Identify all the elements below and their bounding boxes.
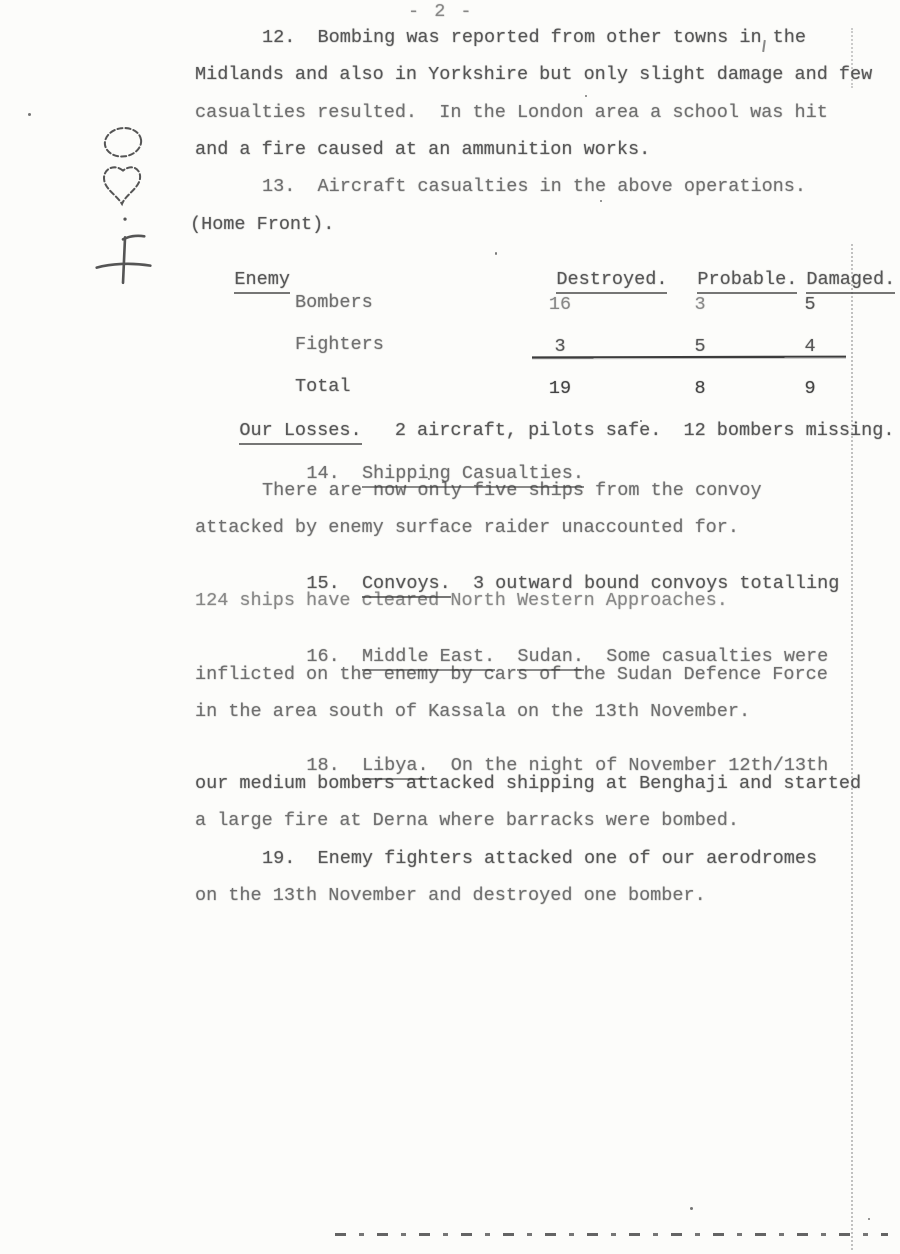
table-header-destroyed-label: Destroyed. — [556, 269, 667, 294]
total-destroyed-value: 19 — [536, 378, 584, 399]
para16-line3: in the area south of Kassala on the 13th… — [195, 703, 750, 722]
total-damaged-value: 9 — [786, 378, 834, 399]
table-total-rule — [532, 356, 846, 360]
bombers-destroyed-value: 16 — [536, 294, 584, 315]
bombers-damaged-value: 5 — [786, 294, 834, 315]
margin-annotation — [86, 118, 158, 300]
scan-speck — [640, 420, 642, 422]
fighters-destroyed-value: 3 — [536, 336, 584, 357]
table-row-fighters-label: Fighters — [295, 336, 384, 355]
para16-line2: inflicted on the enemy by cars of the Su… — [195, 666, 828, 685]
para12-line4: and a fire caused at an ammunition works… — [195, 141, 650, 160]
total-probable-value: 8 — [676, 378, 724, 399]
para13-line1: 13. Aircraft casualties in the above ope… — [262, 178, 806, 197]
scan-speck — [690, 1207, 693, 1210]
para18-line2: our medium bombers attacked shipping at … — [195, 775, 861, 794]
para15-line2: 124 ships have cleared North Western App… — [195, 592, 728, 611]
para14-line2: There are now only five ships from the c… — [262, 482, 762, 501]
right-edge-dotted-line-top — [851, 28, 853, 88]
para19-line2: on the 13th November and destroyed one b… — [195, 887, 706, 906]
para12-line3: casualties resulted. In the London area … — [195, 104, 828, 123]
bottom-dashed-line — [335, 1233, 888, 1236]
table-header-destroyed: Destroyed. — [512, 252, 667, 289]
scan-speck — [868, 1218, 870, 1220]
scan-speck — [585, 95, 587, 97]
table-header-enemy: Enemy — [190, 252, 290, 289]
our-losses-label: Our Losses. — [239, 420, 361, 445]
para12-line2: Midlands and also in Yorkshire but only … — [195, 66, 872, 85]
para19-line1: 19. Enemy fighters attacked one of our a… — [262, 850, 817, 869]
table-row-total-label: Total — [295, 378, 351, 397]
document-page: - 2 - 12. Bombing was reported from othe… — [0, 0, 900, 1254]
para14-line3: attacked by enemy surface raider unaccou… — [195, 519, 739, 538]
our-losses-text: 2 aircraft, pilots safe. 12 bombers miss… — [362, 420, 895, 441]
fighters-damaged-value: 4 — [786, 336, 834, 357]
scan-speck — [28, 113, 31, 116]
scan-speck — [428, 478, 430, 480]
bombers-probable-value: 3 — [676, 294, 724, 315]
para12-line1: 12. Bombing was reported from other town… — [262, 29, 806, 48]
para18-line3: a large fire at Derna where barracks wer… — [195, 812, 739, 831]
right-edge-dotted-line — [851, 244, 853, 1250]
scan-speck — [495, 252, 497, 255]
page-number: - 2 - — [408, 3, 474, 22]
handwriting-mark-icon — [86, 118, 158, 300]
scan-speck — [600, 200, 602, 202]
fighters-probable-value: 5 — [676, 336, 724, 357]
table-header-damaged: Damaged. — [762, 252, 895, 289]
table-header-enemy-label: Enemy — [234, 269, 290, 294]
para13-line2: (Home Front). — [190, 216, 334, 235]
table-row-bombers-label: Bombers — [295, 294, 373, 313]
